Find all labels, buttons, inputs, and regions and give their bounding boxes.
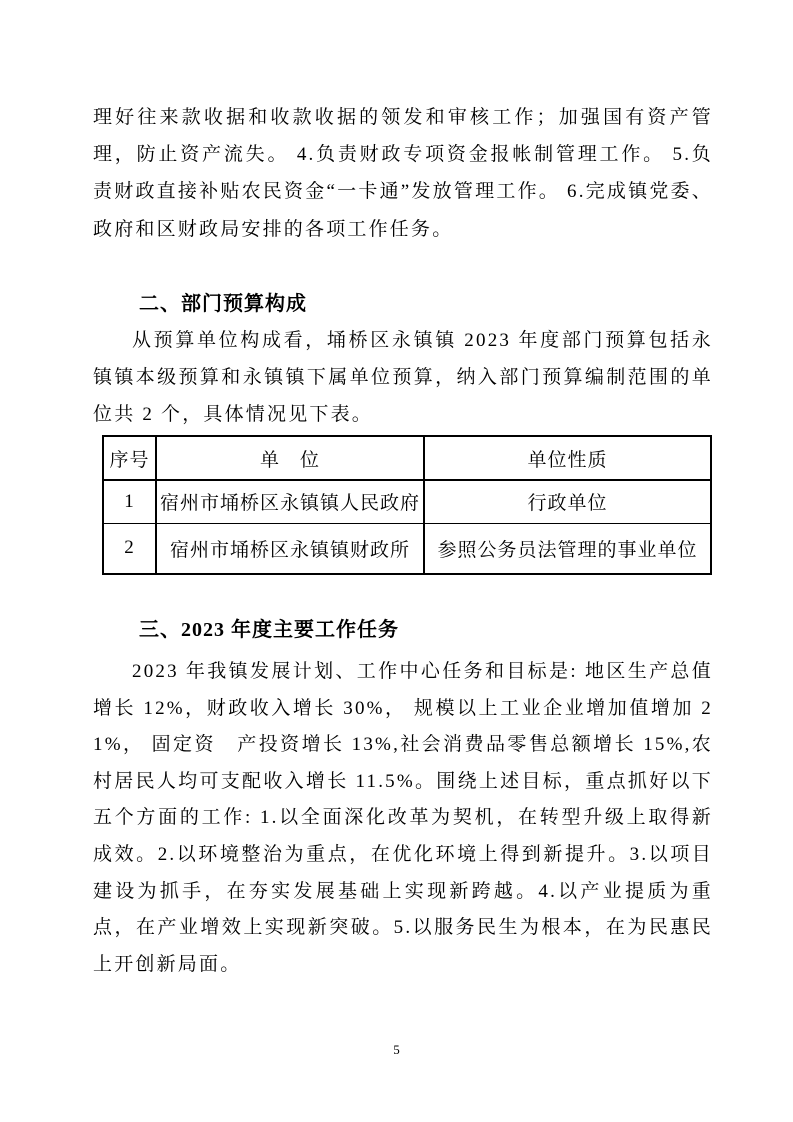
table-header-row: 序号 单 位 单位性质 [103, 436, 711, 480]
document-page: 理好往来款收据和收款收据的领发和审核工作；加强国有资产管理，防止资产流失。 4.… [0, 0, 793, 1122]
tasks-2023-paragraph: 2023 年我镇发展计划、工作中心任务和目标是: 地区生产总值增长 12%，财政… [93, 654, 713, 983]
budget-units-table: 序号 单 位 单位性质 1 宿州市埇桥区永镇镇人民政府 行政单位 2 宿州市埇桥… [102, 435, 712, 575]
table-header-serial-number: 序号 [103, 436, 156, 480]
table-header-unit-nature: 单位性质 [424, 436, 711, 480]
table-cell-nature: 参照公务员法管理的事业单位 [424, 523, 711, 574]
section-heading-2023-tasks: 三、2023 年度主要工作任务 [93, 617, 713, 643]
intro-continuation-paragraph: 理好往来款收据和收款收据的领发和审核工作；加强国有资产管理，防止资产流失。 4.… [93, 99, 713, 248]
table-row: 2 宿州市埇桥区永镇镇财政所 参照公务员法管理的事业单位 [103, 523, 711, 574]
table-row: 1 宿州市埇桥区永镇镇人民政府 行政单位 [103, 480, 711, 523]
budget-composition-paragraph: 从预算单位构成看，埇桥区永镇镇 2023 年度部门预算包括永镇镇本级预算和永镇镇… [93, 322, 713, 434]
page-number: 5 [0, 1042, 793, 1058]
table-cell-unit: 宿州市埇桥区永镇镇财政所 [156, 523, 424, 574]
table-header-unit: 单 位 [156, 436, 424, 480]
table-cell-unit: 宿州市埇桥区永镇镇人民政府 [156, 480, 424, 523]
table-cell-nature: 行政单位 [424, 480, 711, 523]
table-cell-serial: 1 [103, 480, 156, 523]
section-heading-budget-composition: 二、部门预算构成 [93, 291, 713, 317]
table-cell-serial: 2 [103, 523, 156, 574]
